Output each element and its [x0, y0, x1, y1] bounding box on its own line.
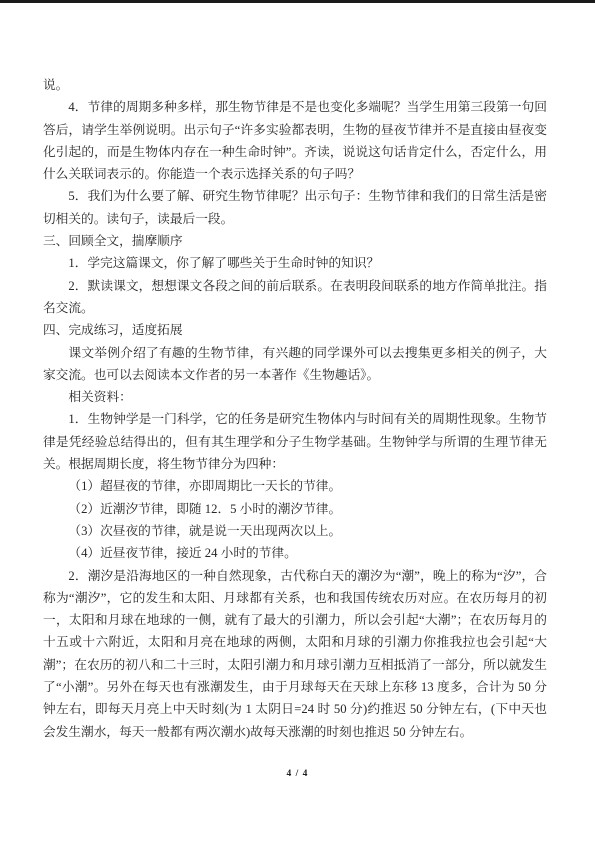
paragraph: 5．我们为什么要了解、研究生物节律呢？出示句子：生物节律和我们的日常生活是密切相… — [43, 185, 547, 230]
paragraph: 2．潮汐是沿海地区的一种自然现象，古代称白天的潮汐为“潮”，晚上的称为“汐”，合… — [43, 565, 547, 743]
paragraph: （4）近昼夜节律，接近 24 小时的节律。 — [43, 542, 547, 564]
paragraph: 四、完成练习，适度拓展 — [43, 319, 547, 341]
paragraph: 课文举例介绍了有趣的生物节律，有兴趣的同学课外可以去搜集更多相关的例子，大家交流… — [43, 342, 547, 387]
paragraph: （2）近潮汐节律，即随 12．5 小时的潮汐节律。 — [43, 498, 547, 520]
paragraph: 1．生物钟学是一门科学，它的任务是研究生物体内与时间有关的周期性现象。生物节律是… — [43, 408, 547, 475]
paragraph: （1）超昼夜的节律，亦即周期比一天长的节律。 — [43, 475, 547, 497]
page-top-border — [0, 0, 595, 3]
paragraph: 2．默读课文，想想课文各段之间的前后联系。在表明段间联系的地方作简单批注。指名交… — [43, 275, 547, 320]
paragraph: 说。 — [43, 74, 547, 96]
paragraph: 4．节律的周期多种多样，那生物节律是不是也变化多端呢？当学生用第三段第一句回答后… — [43, 96, 547, 185]
paragraph: 三、回顾全文，揣摩顺序 — [43, 230, 547, 252]
document-body: 说。4．节律的周期多种多样，那生物节律是不是也变化多端呢？当学生用第三段第一句回… — [43, 74, 547, 743]
paragraph: （3）次昼夜的节律，就是说一天出现两次以上。 — [43, 520, 547, 542]
paragraph: 相关资料： — [43, 386, 547, 408]
paragraph: 1．学完这篇课文，你了解了哪些关于生命时钟的知识？ — [43, 252, 547, 274]
page-number: 4 / 4 — [0, 769, 595, 779]
